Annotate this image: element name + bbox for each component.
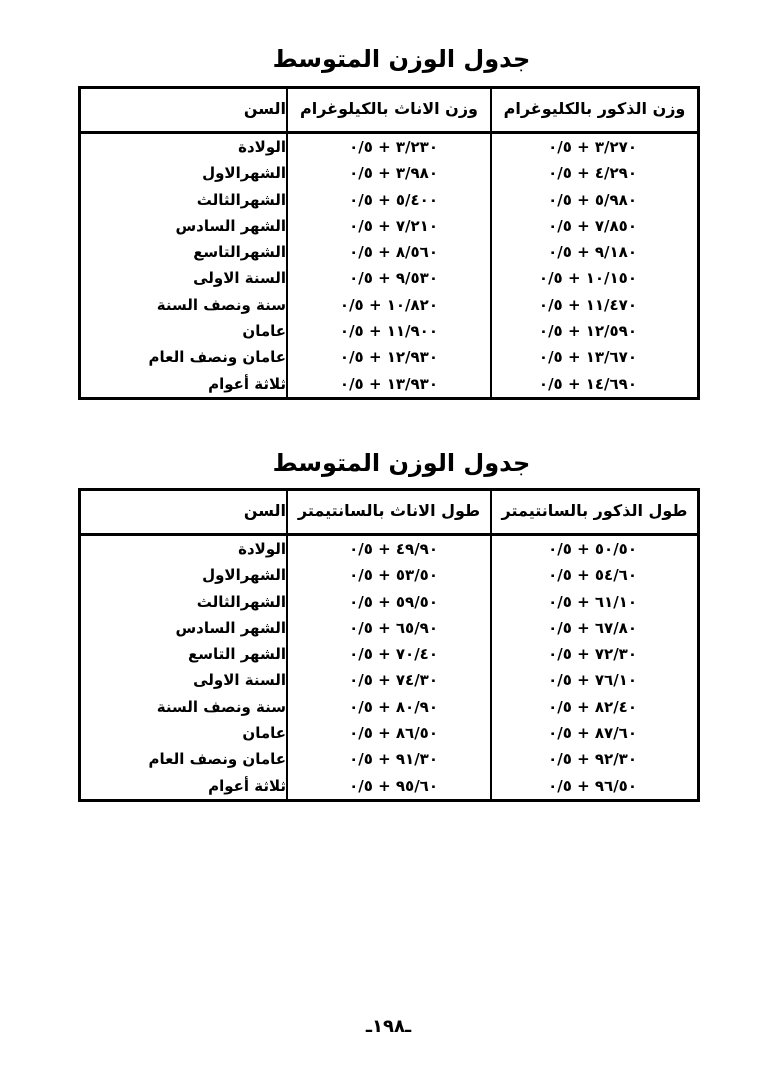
age-cell: الشهرالتاسع (81, 239, 286, 265)
male-value-cell: ٧/٨٥٠ + ٠/٥ (492, 213, 697, 239)
table-row: الولادة٤٩/٩٠ + ٠/٥٥٠/٥٠ + ٠/٥ (81, 536, 697, 562)
male-value-cell: ٥٤/٦٠ + ٠/٥ (492, 562, 697, 588)
table-row: السنة الاولى٧٤/٣٠ + ٠/٥٧٦/١٠ + ٠/٥ (81, 667, 697, 693)
male-value-cell: ٣/٢٧٠ + ٠/٥ (492, 134, 697, 160)
age-cell: الشهر التاسع (81, 641, 286, 667)
female-value-cell: ٧٠/٤٠ + ٠/٥ (286, 641, 492, 667)
age-cell: عامان ونصف العام (81, 746, 286, 772)
table-row: ثلاثة أعوام١٣/٩٣٠ + ٠/٥١٤/٦٩٠ + ٠/٥ (81, 371, 697, 397)
female-weight-column-header: وزن الاناث بالكيلوغرام (286, 89, 492, 131)
male-value-cell: ٦١/١٠ + ٠/٥ (492, 589, 697, 615)
age-cell: الشهر السادس (81, 615, 286, 641)
female-value-cell: ٣/٢٣٠ + ٠/٥ (286, 134, 492, 160)
height-table-header-row: السن طول الاناث بالسانتيمتر طول الذكور ب… (81, 491, 697, 536)
table-row: الشهرالاول٥٣/٥٠ + ٠/٥٥٤/٦٠ + ٠/٥ (81, 562, 697, 588)
age-cell: الشهرالثالث (81, 589, 286, 615)
female-value-cell: ٥٩/٥٠ + ٠/٥ (286, 589, 492, 615)
table-row: الشهرالثالث٥/٤٠٠ + ٠/٥٥/٩٨٠ + ٠/٥ (81, 187, 697, 213)
table-row: سنة ونصف السنة١٠/٨٢٠ + ٠/٥١١/٤٧٠ + ٠/٥ (81, 292, 697, 318)
female-value-cell: ٩١/٣٠ + ٠/٥ (286, 746, 492, 772)
age-cell: الشهرالاول (81, 562, 286, 588)
female-value-cell: ٩٥/٦٠ + ٠/٥ (286, 773, 492, 799)
age-cell: سنة ونصف السنة (81, 694, 286, 720)
height-table-title: جدول الوزن المتوسط (13, 446, 777, 480)
weight-table: السن وزن الاناث بالكيلوغرام وزن الذكور ب… (78, 86, 700, 400)
height-table: السن طول الاناث بالسانتيمتر طول الذكور ب… (78, 488, 700, 802)
female-value-cell: ٦٥/٩٠ + ٠/٥ (286, 615, 492, 641)
table-row: الشهرالتاسع٨/٥٦٠ + ٠/٥٩/١٨٠ + ٠/٥ (81, 239, 697, 265)
table-row: الشهر السادس٦٥/٩٠ + ٠/٥٦٧/٨٠ + ٠/٥ (81, 615, 697, 641)
weight-table-title: جدول الوزن المتوسط (13, 42, 777, 76)
male-value-cell: ١٢/٥٩٠ + ٠/٥ (492, 318, 697, 344)
male-value-cell: ٨٢/٤٠ + ٠/٥ (492, 694, 697, 720)
male-value-cell: ١٣/٦٧٠ + ٠/٥ (492, 344, 697, 370)
table-row: ثلاثة أعوام٩٥/٦٠ + ٠/٥٩٦/٥٠ + ٠/٥ (81, 773, 697, 799)
female-value-cell: ٣/٩٨٠ + ٠/٥ (286, 160, 492, 186)
male-value-cell: ١٤/٦٩٠ + ٠/٥ (492, 371, 697, 397)
male-value-cell: ٤/٢٩٠ + ٠/٥ (492, 160, 697, 186)
female-value-cell: ١٣/٩٣٠ + ٠/٥ (286, 371, 492, 397)
table-row: عامان١١/٩٠٠ + ٠/٥١٢/٥٩٠ + ٠/٥ (81, 318, 697, 344)
age-cell: عامان ونصف العام (81, 344, 286, 370)
female-value-cell: ٨/٥٦٠ + ٠/٥ (286, 239, 492, 265)
female-height-column-header: طول الاناث بالسانتيمتر (286, 491, 492, 533)
female-value-cell: ٧٤/٣٠ + ٠/٥ (286, 667, 492, 693)
age-cell: الشهر السادس (81, 213, 286, 239)
male-weight-column-header: وزن الذكور بالكليوغرام (492, 89, 697, 131)
table-row: الشهر التاسع٧٠/٤٠ + ٠/٥٧٢/٣٠ + ٠/٥ (81, 641, 697, 667)
age-cell: السنة الاولى (81, 667, 286, 693)
male-value-cell: ٩/١٨٠ + ٠/٥ (492, 239, 697, 265)
table-row: الولادة٣/٢٣٠ + ٠/٥٣/٢٧٠ + ٠/٥ (81, 134, 697, 160)
female-value-cell: ٩/٥٣٠ + ٠/٥ (286, 265, 492, 291)
table-row: الشهر السادس٧/٢١٠ + ٠/٥٧/٨٥٠ + ٠/٥ (81, 213, 697, 239)
female-value-cell: ٨٠/٩٠ + ٠/٥ (286, 694, 492, 720)
female-value-cell: ٥/٤٠٠ + ٠/٥ (286, 187, 492, 213)
table-row: عامان٨٦/٥٠ + ٠/٥٨٧/٦٠ + ٠/٥ (81, 720, 697, 746)
female-value-cell: ٥٣/٥٠ + ٠/٥ (286, 562, 492, 588)
age-cell: ثلاثة أعوام (81, 773, 286, 799)
male-value-cell: ٦٧/٨٠ + ٠/٥ (492, 615, 697, 641)
table-row: الشهرالاول٣/٩٨٠ + ٠/٥٤/٢٩٠ + ٠/٥ (81, 160, 697, 186)
male-value-cell: ٩٢/٣٠ + ٠/٥ (492, 746, 697, 772)
age-column-header: السن (81, 491, 286, 533)
table-row: السنة الاولى٩/٥٣٠ + ٠/٥١٠/١٥٠ + ٠/٥ (81, 265, 697, 291)
male-value-cell: ٥٠/٥٠ + ٠/٥ (492, 536, 697, 562)
male-height-column-header: طول الذكور بالسانتيمتر (492, 491, 697, 533)
male-value-cell: ٥/٩٨٠ + ٠/٥ (492, 187, 697, 213)
height-table-body: الولادة٤٩/٩٠ + ٠/٥٥٠/٥٠ + ٠/٥الشهرالاول٥… (81, 536, 697, 799)
table-row: عامان ونصف العام١٢/٩٣٠ + ٠/٥١٣/٦٧٠ + ٠/٥ (81, 344, 697, 370)
page-number: ـ١٩٨ـ (0, 1016, 777, 1037)
female-value-cell: ٨٦/٥٠ + ٠/٥ (286, 720, 492, 746)
table-row: الشهرالثالث٥٩/٥٠ + ٠/٥٦١/١٠ + ٠/٥ (81, 589, 697, 615)
female-value-cell: ٤٩/٩٠ + ٠/٥ (286, 536, 492, 562)
female-value-cell: ٧/٢١٠ + ٠/٥ (286, 213, 492, 239)
page: جدول الوزن المتوسط السن وزن الاناث بالكي… (0, 0, 777, 1079)
age-cell: الشهرالثالث (81, 187, 286, 213)
female-value-cell: ١٢/٩٣٠ + ٠/٥ (286, 344, 492, 370)
age-cell: ثلاثة أعوام (81, 371, 286, 397)
male-value-cell: ٧٢/٣٠ + ٠/٥ (492, 641, 697, 667)
table-row: سنة ونصف السنة٨٠/٩٠ + ٠/٥٨٢/٤٠ + ٠/٥ (81, 694, 697, 720)
age-cell: السنة الاولى (81, 265, 286, 291)
weight-table-header-row: السن وزن الاناث بالكيلوغرام وزن الذكور ب… (81, 89, 697, 134)
age-cell: الولادة (81, 134, 286, 160)
female-value-cell: ١١/٩٠٠ + ٠/٥ (286, 318, 492, 344)
male-value-cell: ١٠/١٥٠ + ٠/٥ (492, 265, 697, 291)
age-column-header: السن (81, 89, 286, 131)
male-value-cell: ١١/٤٧٠ + ٠/٥ (492, 292, 697, 318)
age-cell: سنة ونصف السنة (81, 292, 286, 318)
weight-table-body: الولادة٣/٢٣٠ + ٠/٥٣/٢٧٠ + ٠/٥الشهرالاول٣… (81, 134, 697, 397)
age-cell: الشهرالاول (81, 160, 286, 186)
male-value-cell: ٧٦/١٠ + ٠/٥ (492, 667, 697, 693)
male-value-cell: ٩٦/٥٠ + ٠/٥ (492, 773, 697, 799)
age-cell: الولادة (81, 536, 286, 562)
age-cell: عامان (81, 318, 286, 344)
table-row: عامان ونصف العام٩١/٣٠ + ٠/٥٩٢/٣٠ + ٠/٥ (81, 746, 697, 772)
male-value-cell: ٨٧/٦٠ + ٠/٥ (492, 720, 697, 746)
age-cell: عامان (81, 720, 286, 746)
female-value-cell: ١٠/٨٢٠ + ٠/٥ (286, 292, 492, 318)
